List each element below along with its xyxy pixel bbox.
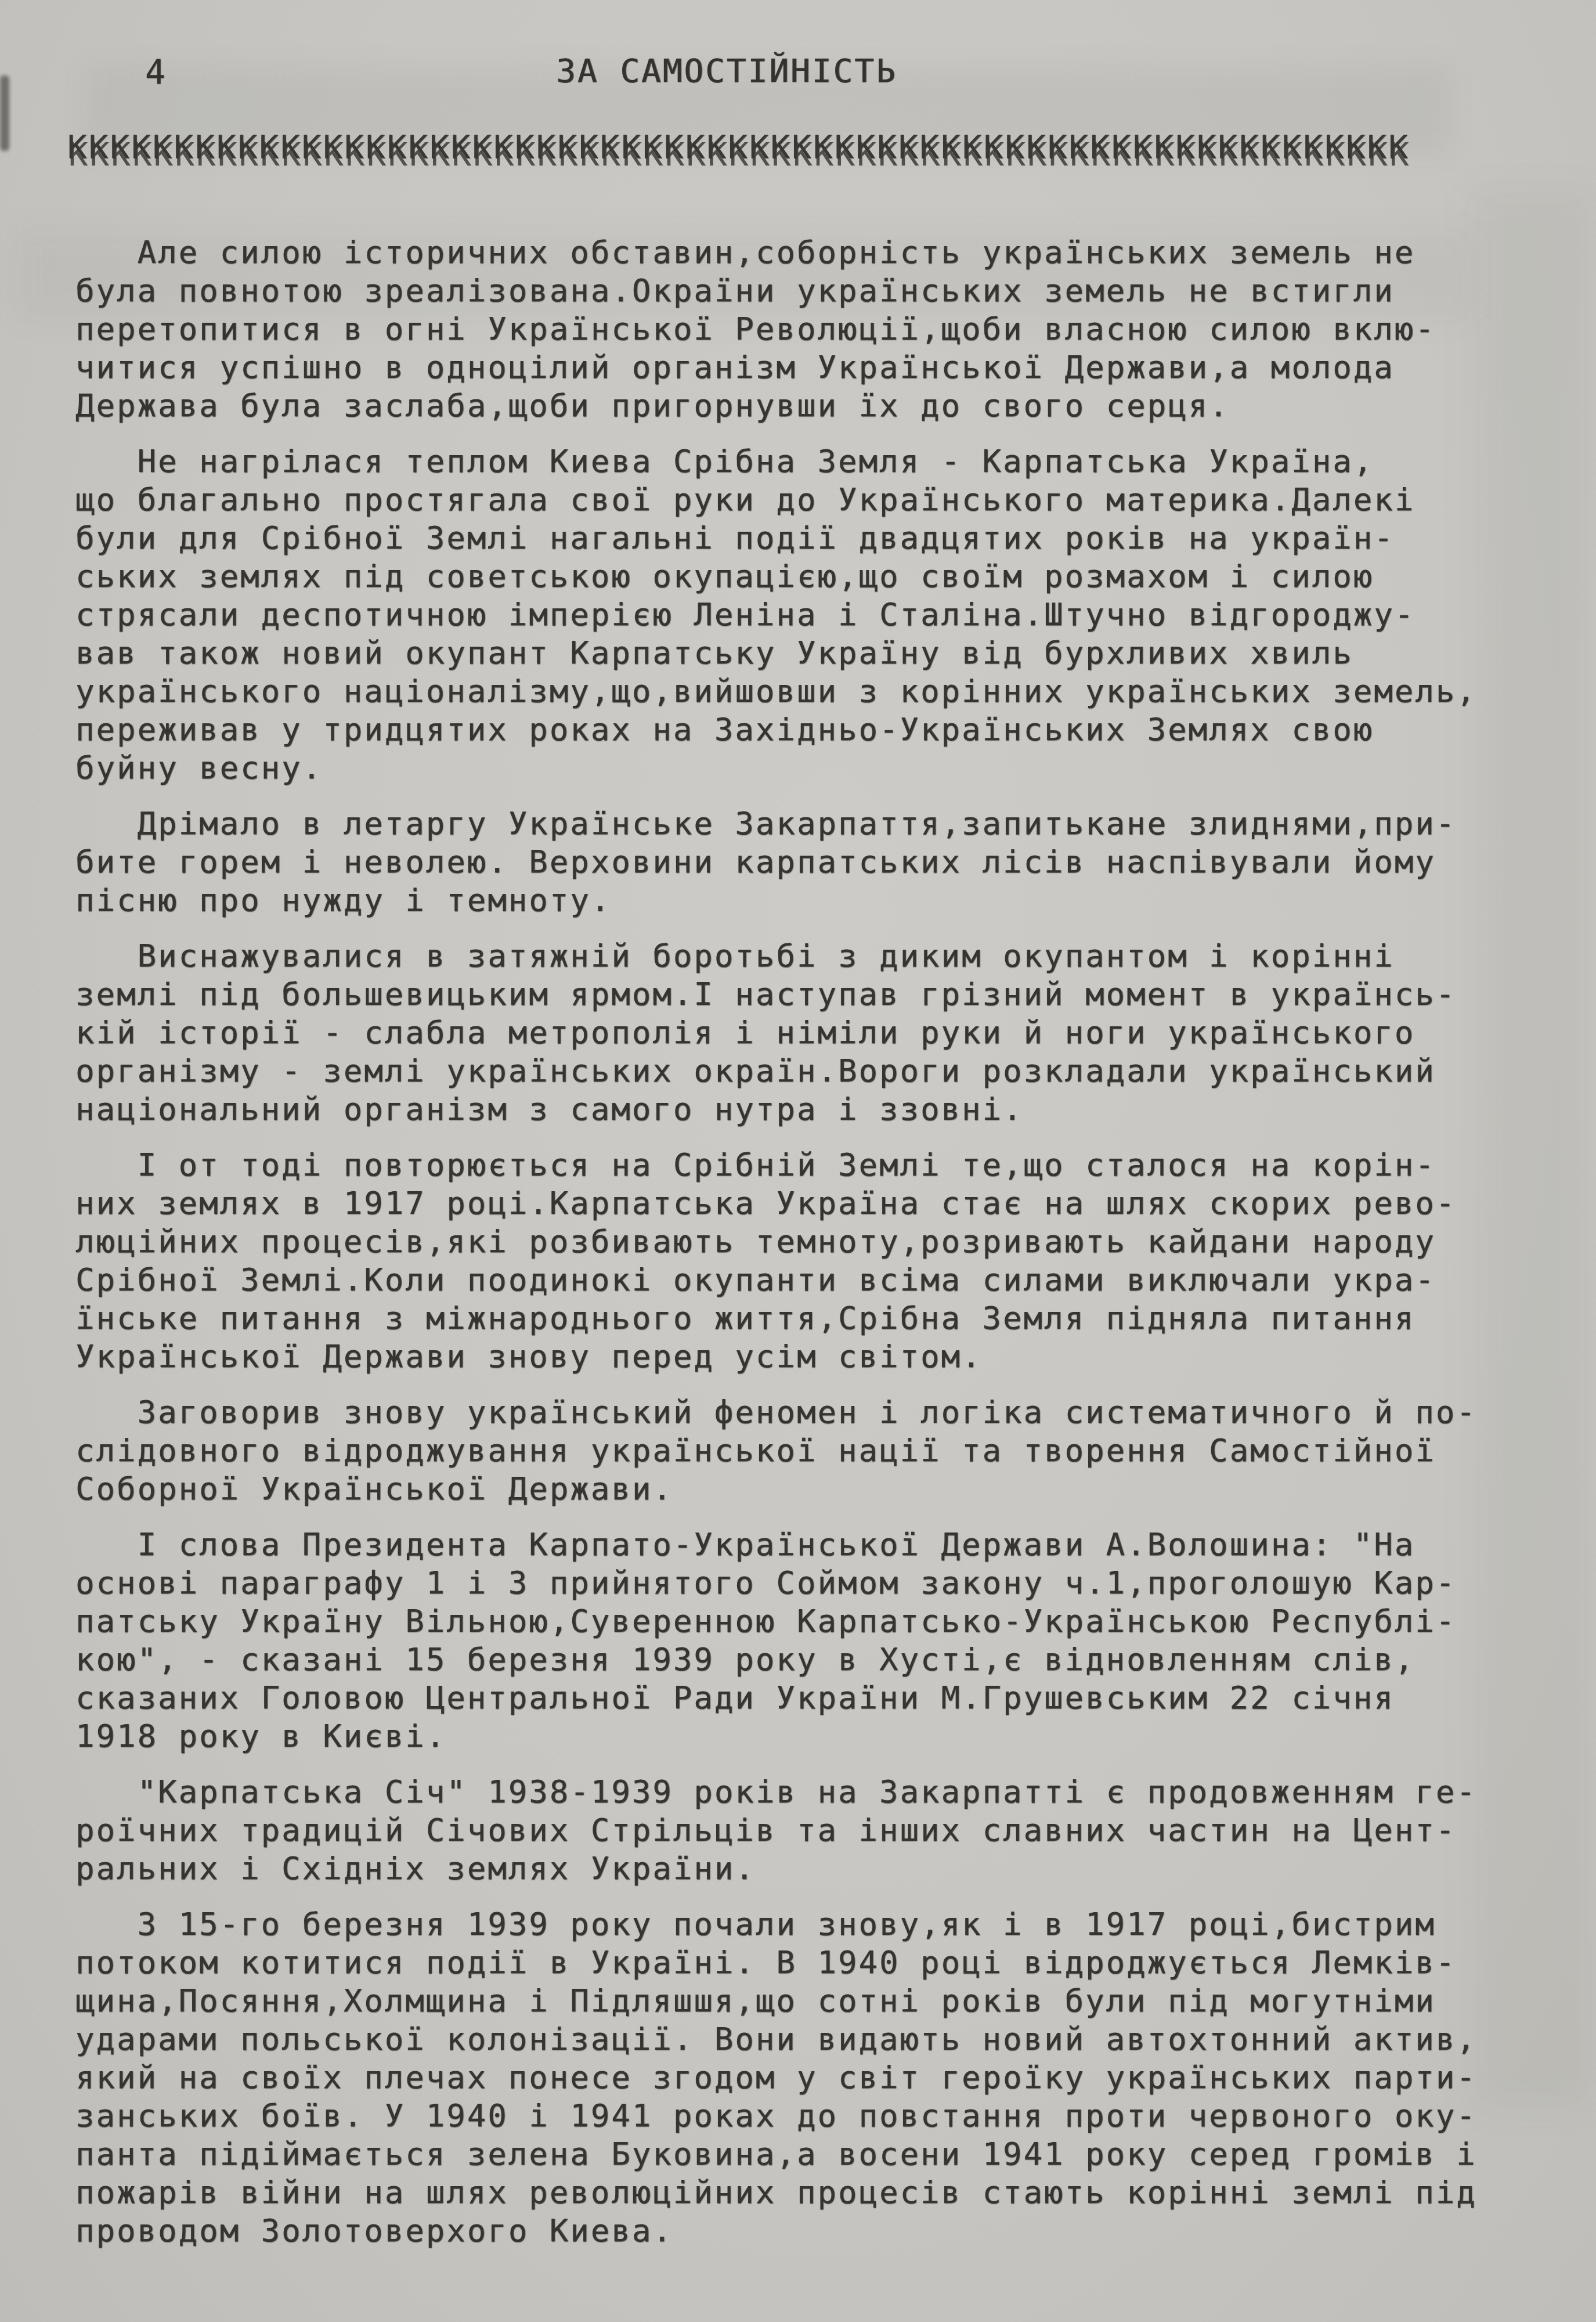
scanned-document-page: 4 ЗА САМОСТІЙНІСТЬ ККККККККККККККККККККК… — [0, 0, 1596, 2322]
paragraph: І от тоді повторюється на Срібній Землі … — [75, 1146, 1555, 1376]
paragraph: Виснажувалися в затяжній боротьбі з дики… — [75, 937, 1555, 1128]
typed-k-divider: КККККККККККККККККККККККККККККККККККККККК… — [67, 131, 1555, 178]
paragraph: "Карпатська Січ" 1938-1939 років на Зака… — [75, 1773, 1555, 1888]
paragraph: Але силою історичних обставин,соборність… — [75, 233, 1555, 425]
paragraph: З 15-го березня 1939 року почали знову,я… — [75, 1905, 1555, 2250]
page-number: 4 — [145, 52, 167, 92]
paragraph: І слова Президента Карпато-Української Д… — [75, 1526, 1555, 1755]
page-title: ЗА САМОСТІЙНІСТЬ — [556, 52, 897, 90]
paragraph: Дрімало в летаргу Українське Закарпаття,… — [75, 805, 1555, 920]
paragraph: Заговорив знову український феномен і ло… — [75, 1393, 1555, 1508]
scan-edge-mark — [0, 75, 9, 151]
paragraph: Не нагрілася теплом Киева Срібна Земля -… — [75, 442, 1555, 787]
page-header: 4 ЗА САМОСТІЙНІСТЬ — [75, 52, 1555, 98]
document-body: Але силою історичних обставин,соборність… — [75, 233, 1555, 2250]
